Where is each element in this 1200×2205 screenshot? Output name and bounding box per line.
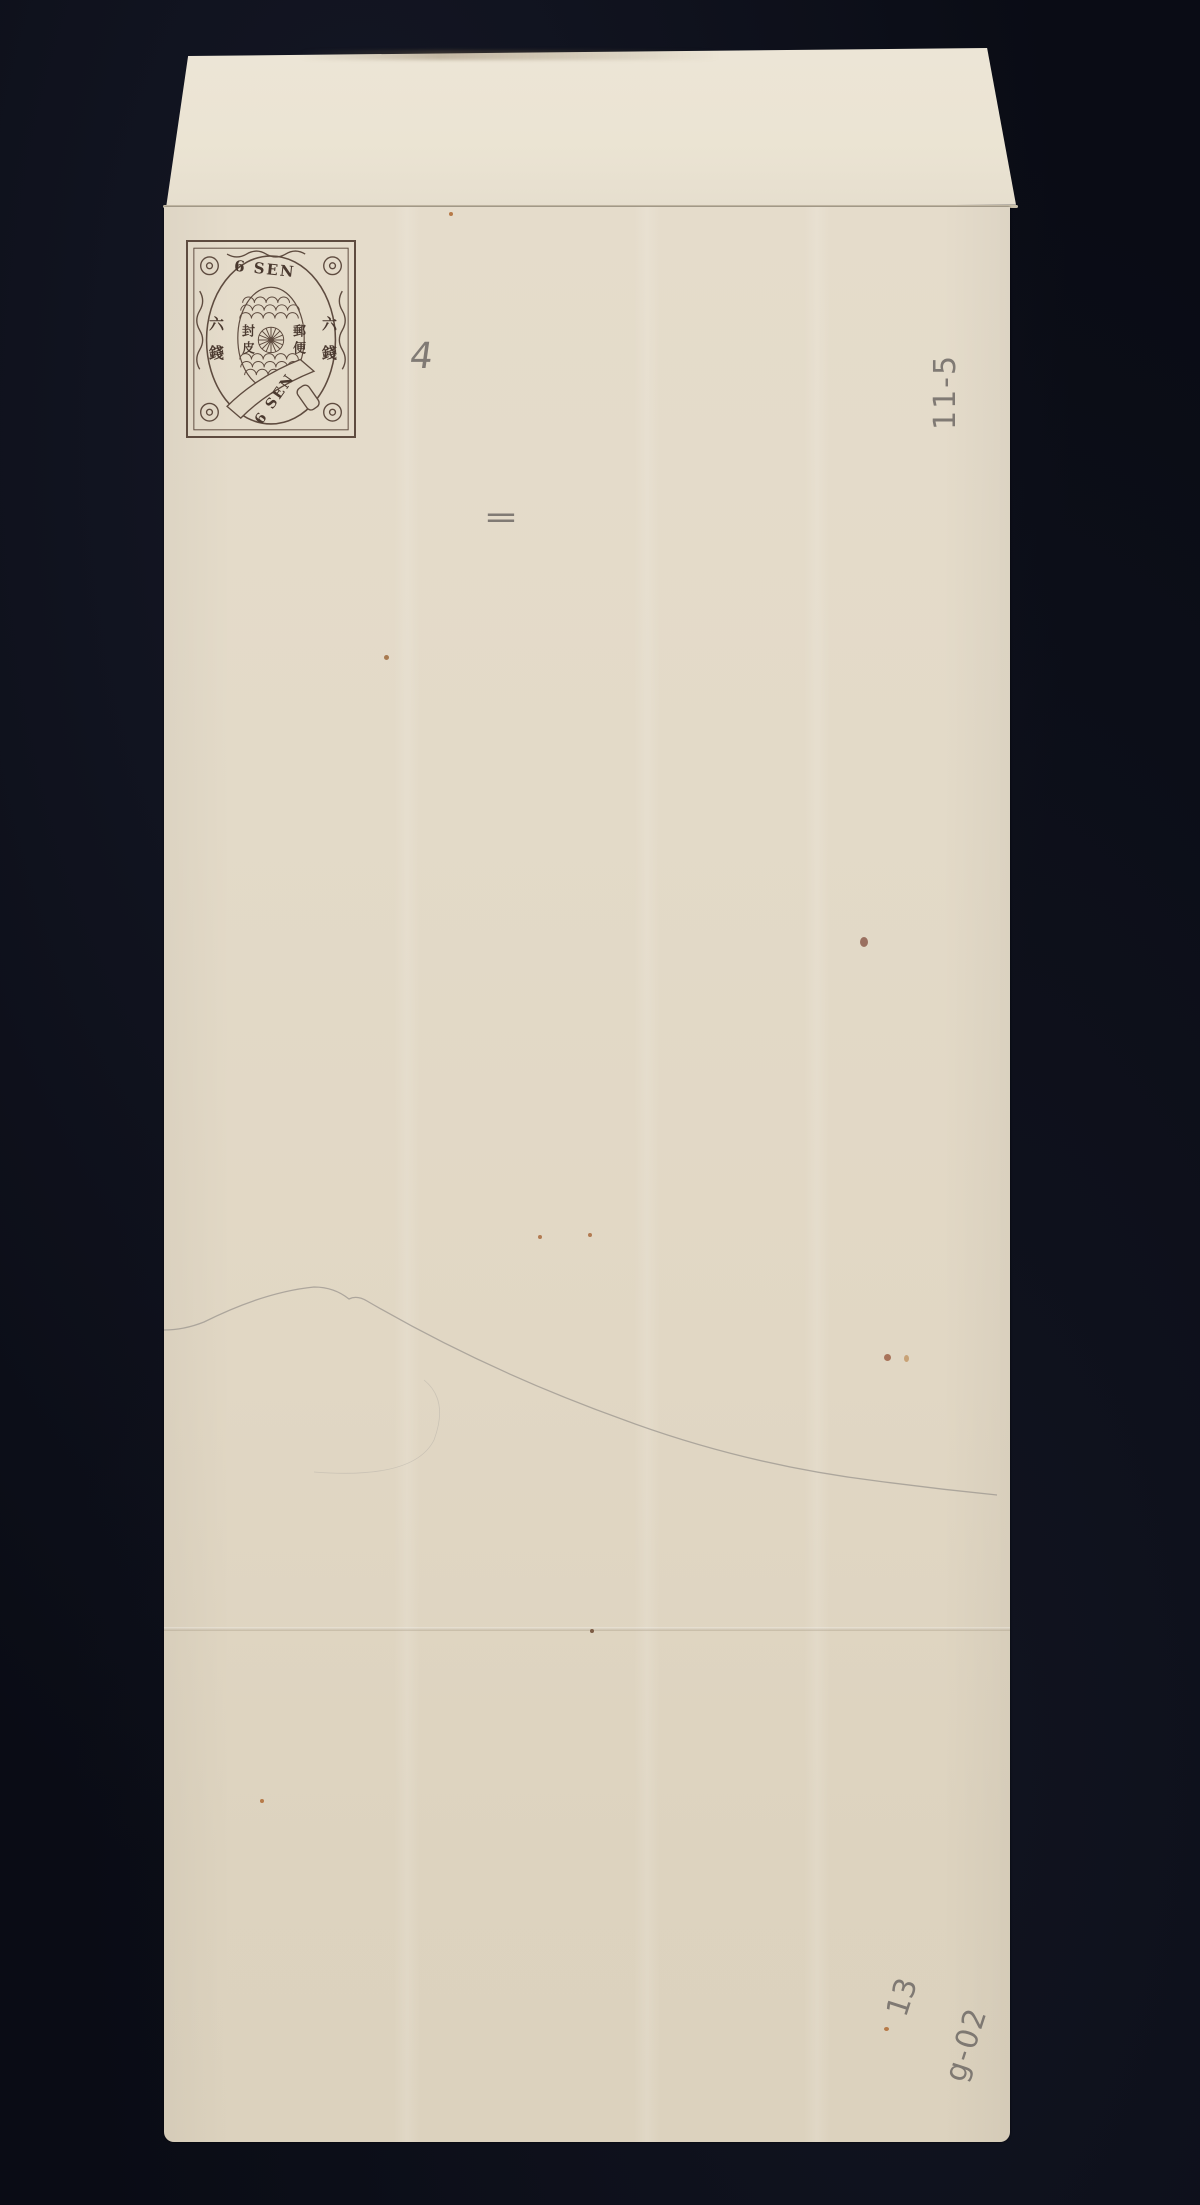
paper-speck (538, 1235, 542, 1239)
stamp-center-left-kanji: 封皮 (240, 324, 253, 358)
pencil-line-drawing (164, 1270, 1010, 1500)
pencil-dash-annotation: = (483, 500, 515, 535)
envelope-flap (166, 48, 1016, 208)
paper-speck (884, 2027, 889, 2031)
paper-speck (588, 1233, 592, 1237)
lower-fold-line (164, 1627, 1010, 1631)
chrysanthemum-icon (258, 327, 283, 352)
paper-crease (394, 207, 420, 2142)
stamp-left-kanji: 六錢 (208, 316, 223, 374)
paper-speck (260, 1799, 264, 1803)
stamp-center-right-kanji: 郵便 (291, 324, 304, 358)
paper-speck (384, 655, 389, 660)
pencil-margin-note: 11-5 (928, 354, 963, 430)
paper-speck (449, 212, 453, 216)
flap-stain (300, 50, 720, 60)
envelope: 6 SEN 6 SEN 六錢 六錢 封皮 郵便 4 = 11-5 13 g-02 (0, 0, 1200, 2205)
envelope-body (164, 207, 1010, 2142)
paper-speck (590, 1629, 594, 1633)
stamp-right-kanji: 六錢 (321, 316, 336, 374)
paper-crease (634, 207, 660, 2142)
paper-crease (804, 207, 830, 2142)
foxing-spot (860, 937, 868, 947)
printed-postage-stamp: 6 SEN 6 SEN 六錢 六錢 封皮 郵便 (186, 240, 356, 438)
